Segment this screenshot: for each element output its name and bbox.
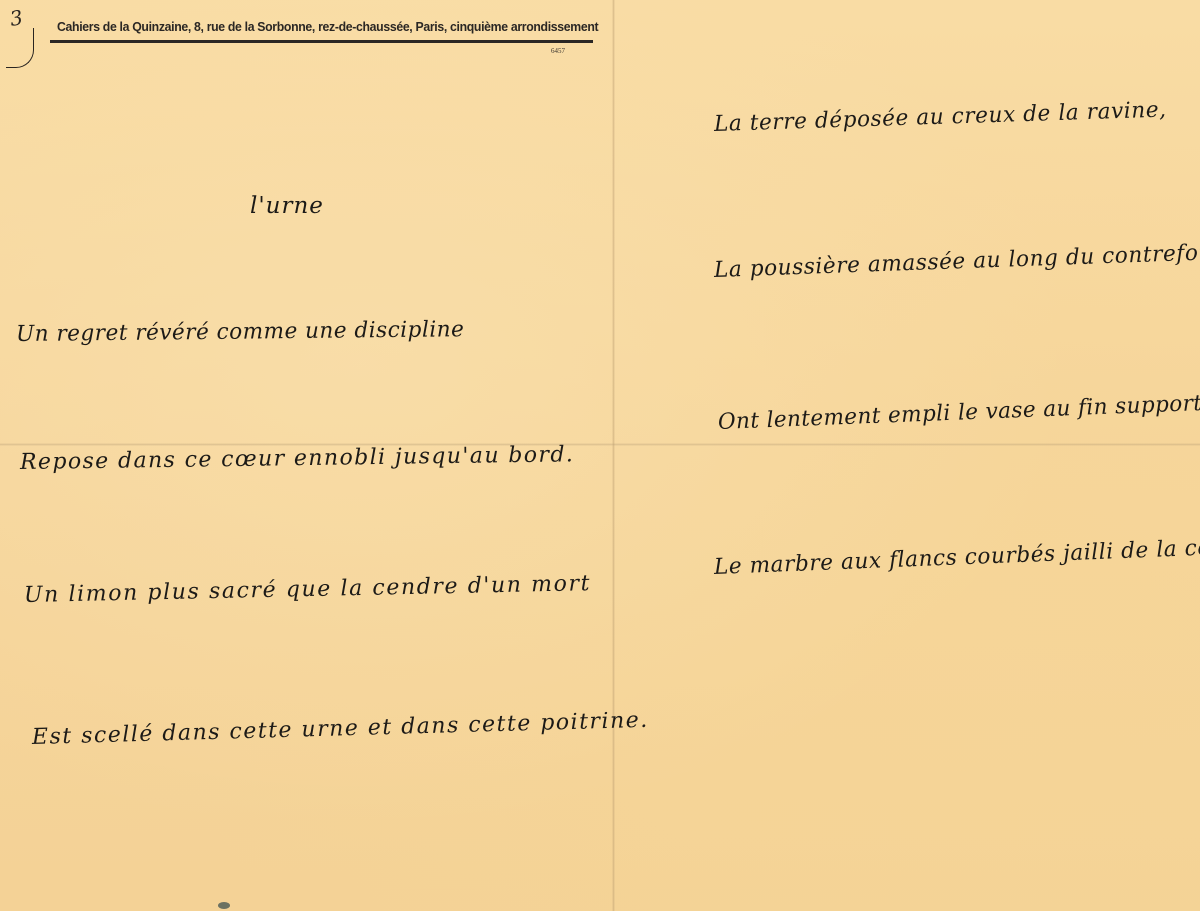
ink-stain	[218, 902, 230, 909]
horizontal-fold-line	[0, 443, 1200, 446]
letterhead-rule	[50, 40, 593, 43]
poem-title: l'urne	[250, 193, 324, 219]
reference-number: 6457	[551, 47, 565, 55]
verse-line-1: Un regret révéré comme une discipline	[16, 317, 465, 347]
vertical-fold-line	[612, 0, 615, 911]
letterhead: Cahiers de la Quinzaine, 8, rue de la So…	[57, 19, 555, 34]
